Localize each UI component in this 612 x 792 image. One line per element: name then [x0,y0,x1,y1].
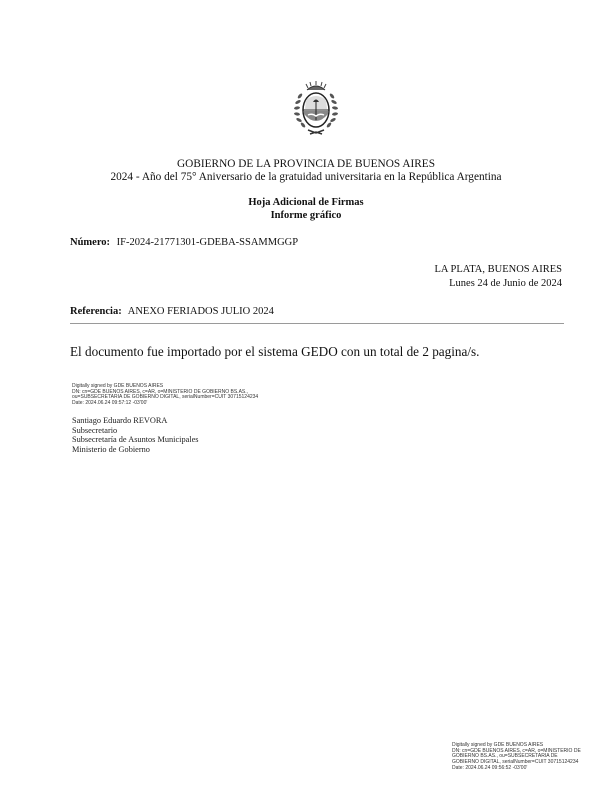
coat-of-arms-icon [294,80,338,140]
government-header: GOBIERNO DE LA PROVINCIA DE BUENOS AIRES [0,158,612,171]
document-title: Hoja Adicional de Firmas [0,196,612,209]
signer-name: Santiago Eduardo REVORA [72,416,199,426]
divider [70,323,564,324]
signer-position: Subsecretario [72,426,199,436]
signer-block: Santiago Eduardo REVORA Subsecretario Su… [72,416,199,454]
location-place: LA PLATA, BUENOS AIRES [434,263,562,277]
location-date: Lunes 24 de Junio de 2024 [449,277,562,291]
reference-label: Referencia: [70,306,122,317]
body-text: El documento fue importado por el sistem… [70,344,479,360]
digital-signature-stamp-footer: Digitally signed by GDE BUENOS AIRES DN:… [452,743,581,772]
document-number-label: Número: [70,237,110,248]
reference: Referencia: ANEXO FERIADOS JULIO 2024 [70,305,274,318]
signer-ministry: Ministerio de Gobierno [72,445,199,455]
digital-signature-stamp: Digitally signed by GDE BUENOS AIRES DN:… [72,384,258,407]
year-motto: 2024 - Año del 75° Aniversario de la gra… [0,171,612,184]
signature-line: Date: 2024.06.24 09:57:12 -03'00' [72,401,258,407]
reference-value: ANEXO FERIADOS JULIO 2024 [128,306,274,317]
signature-line: Date: 2024.06.24 09:56:52 -03'00' [452,766,581,772]
document-subtitle: Informe gráfico [0,209,612,222]
signer-office: Subsecretaría de Asuntos Municipales [72,435,199,445]
document-number-value: IF-2024-21771301-GDEBA-SSAMMGGP [117,237,298,248]
document-number: Número: IF-2024-21771301-GDEBA-SSAMMGGP [70,236,298,249]
